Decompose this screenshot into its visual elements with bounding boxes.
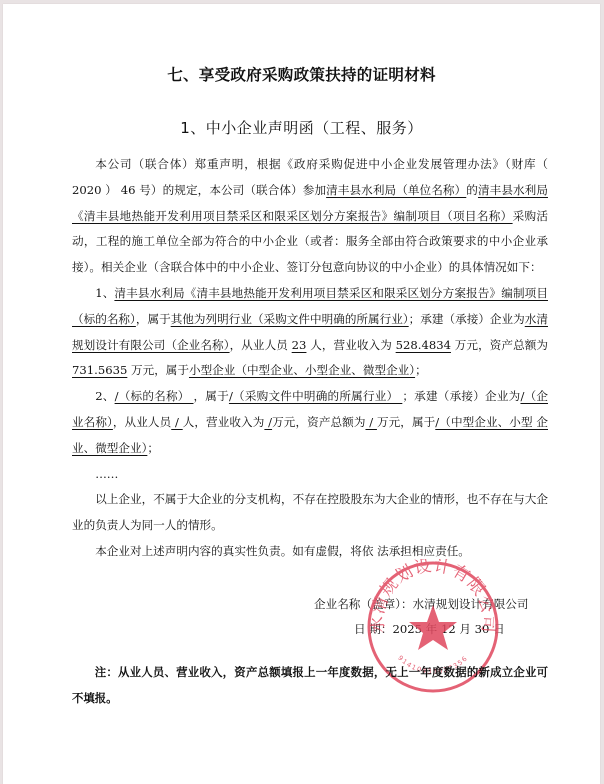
buyer-name: 清丰县水利局（单位名称）	[326, 183, 466, 197]
footnote: 注：从业人员、营业收入，资产总额填报上一年度数据，无上一年度数据的新成立企业可不…	[72, 659, 548, 711]
page-title: 七、享受政府采购政策扶持的证明材料	[3, 63, 600, 85]
enterprise-item-2: 2、/（标的名称） ，属于/（采购文件中明确的所属行业） ；承建（承接）企业为/…	[72, 384, 548, 461]
section-subtitle: 1、中小企业声明函（工程、服务）	[3, 117, 600, 138]
intro-paragraph: 本公司（联合体）郑重声明，根据《政府采购促进中小企业发展管理办法》（财库（ 20…	[72, 152, 548, 281]
enterprise-item-1: 1、清丰县水利局《清丰县地热能开发利用项目禁采区和限采区划分方案报告》编制项目（…	[72, 281, 548, 384]
responsibility-paragraph: 本企业对上述声明内容的真实性负责。如有虚假，将依 法承担相应责任。	[72, 539, 548, 565]
item1-revenue: 528.4834	[396, 338, 451, 352]
item1-assets: 731.5635	[72, 363, 127, 377]
signature-company-line: 企业名称（盖章）：水清规划设计有限公司	[314, 596, 529, 612]
item2-employees: /	[171, 415, 182, 429]
signature-date: 2025 年 12 月 30 日	[392, 622, 504, 636]
not-large-enterprise-paragraph: 以上企业，不属于大企业的分支机构，不存在控股股东为大企业的情形，也不存在与大企业…	[72, 487, 548, 539]
item2-industry: /（采购文件中明确的所属行业）	[229, 389, 402, 403]
ellipsis: ……	[72, 462, 548, 488]
signature-date-line: 日 期：2025 年 12 月 30 日	[354, 621, 505, 637]
document-page: 七、享受政府采购政策扶持的证明材料 1、中小企业声明函（工程、服务） 本公司（联…	[3, 4, 600, 778]
item2-revenue: /	[264, 415, 272, 429]
item1-employees: 23	[292, 338, 307, 352]
signature-company-name: 水清规划设计有限公司	[413, 597, 529, 611]
declaration-body: 本公司（联合体）郑重声明，根据《政府采购促进中小企业发展管理办法》（财库（ 20…	[72, 152, 548, 565]
item2-assets: /	[366, 415, 377, 429]
item1-industry: 其他为列明行业（采购文件中明确的所属行业）	[171, 312, 409, 326]
item1-size: 小型企业（中型企业、小型企业、微型企业）	[189, 363, 415, 377]
item2-subject: /（标的名称）	[115, 389, 194, 403]
